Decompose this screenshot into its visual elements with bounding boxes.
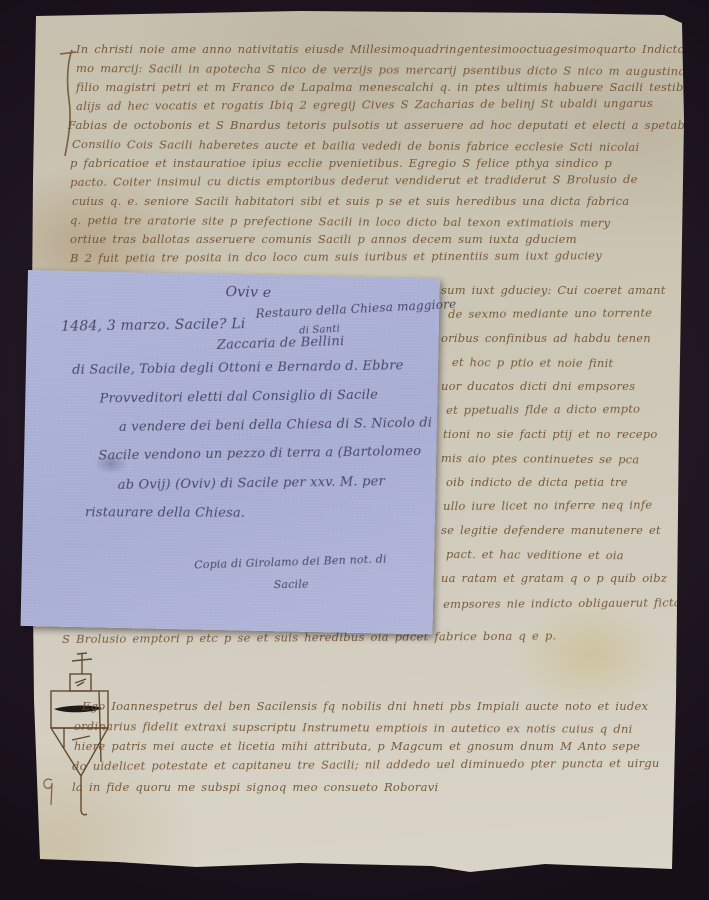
manuscript-fragment: oribus confinibus ad habdu tenen (441, 331, 651, 345)
manuscript-fragment: de sexmo mediante uno torrente (448, 306, 652, 321)
manuscript-line: ortiue tras ballotas asseruere comunis S… (70, 232, 577, 246)
note-line: ab Ovij) (Oviv) di Sacile per xxv. M. pe… (118, 474, 385, 493)
note-footer-line: Copia di Girolamo dei Ben not. di (194, 552, 387, 571)
manuscript-line: Consilio Cois Sacili haberetes aucte et … (72, 137, 640, 154)
manuscript-fragment: tioni no sie facti ptij et no recepo (443, 427, 657, 441)
manuscript-line: cuius q. e. seniore Sacili habitatori si… (72, 194, 629, 208)
manuscript-line: la in fide quoru me subspi signoq meo co… (72, 780, 438, 794)
manuscript-fragment: pact. et hac veditione et oia (446, 547, 624, 562)
manuscript-line: Fabias de octobonis et S Bnardus tetoris… (68, 118, 697, 132)
note-title: Restauro della Chiesa maggiore (255, 297, 456, 321)
manuscript-line: alijs ad hec vocatis et rogatis Ibiq 2 e… (76, 96, 653, 113)
note-footer-line: Sacile (274, 578, 309, 591)
manuscript-line: do uidelicet potestate et capitaneu tre … (72, 756, 660, 773)
manuscript-fragment: ua ratam et gratam q o p quib oibz (441, 571, 667, 585)
manuscript-line: In christi noie ame anno nativitatis eiu… (76, 42, 709, 56)
note-date-line: 1484, 3 marzo. Sacile? Li (61, 316, 246, 335)
margin-flourish-icon (40, 775, 56, 809)
archivist-note: Oviv e Restauro della Chiesa maggiore 14… (21, 270, 440, 635)
manuscript-fragment: se legitie defendere manutenere et (441, 523, 661, 537)
note-line: ristaurare della Chiesa. (85, 505, 245, 521)
manuscript-fragment: ullo iure licet no inferre neq infe (443, 498, 652, 513)
manuscript-line: hiere patris mei aucte et licetia mihi a… (74, 739, 640, 753)
note-line: Provveditori eletti dal Consiglio di Sac… (99, 388, 378, 407)
manuscript-fragment: uor ducatos dicti dni empsores (441, 379, 635, 393)
manuscript-line: pacto. Coiter insimul cu dictis emptorib… (70, 172, 638, 189)
manuscript-fragment: et ppetualis flde a dicto empto (446, 402, 640, 417)
manuscript-line: B 2 fuit petia tre posita in dco loco cu… (70, 248, 602, 265)
manuscript-fragment: et hoc p ptio et noie finit (452, 355, 613, 370)
note-line: di Sacile, Tobia degli Ottoni e Bernardo… (72, 358, 404, 378)
manuscript-line: p fabricatioe et instauratioe ipius eccl… (70, 156, 612, 170)
note-names-line: Zaccaria de Bellini (217, 334, 345, 353)
note-line: Sacile vendono un pezzo di terra a (Bart… (98, 444, 421, 464)
manuscript-line: Ego Ioannespetrus del ben Sacilensis fq … (82, 699, 648, 713)
manuscript-line: q. petia tre aratorie site p prefectione… (70, 213, 611, 230)
manuscript-fragment: sum iuxt gduciey: Cui coeret amant (441, 283, 666, 297)
manuscript-line: ordinarius fidelit extraxi supscriptu In… (74, 719, 633, 736)
manuscript-fragment: empsores nie indicto obligauerut ficta (443, 595, 681, 611)
manuscript-fragment: oib indicto de dicta petia tre (446, 475, 628, 489)
note-line: a vendere dei beni della Chiesa di S. Ni… (119, 416, 432, 435)
manuscript-line: mo marcij: Sacili in apotecha S nico de … (76, 61, 709, 78)
note-header-word: Oviv e (225, 284, 271, 301)
manuscript-line: filio magistri petri et m Franco de Lapa… (76, 80, 709, 94)
manuscript-fragment: mis aio ptes continuetes se pca (441, 451, 640, 466)
